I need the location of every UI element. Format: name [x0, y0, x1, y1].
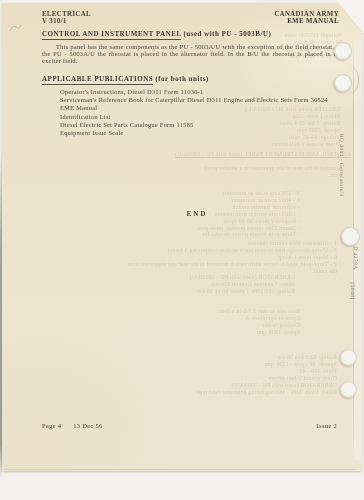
list-item: Operator's Instructions, Diesel D311 For…: [60, 89, 342, 96]
publications-list: Operator's Instructions, Diesel D311 For…: [60, 89, 342, 138]
panel-paragraph: This panel has the same components as th…: [42, 44, 342, 65]
header-doc-number: V 310/1: [42, 18, 91, 25]
section-title-control-panel: CONTROL AND INSTRUMENT PANEL (used with …: [42, 30, 271, 38]
list-item: EME Manual: [60, 105, 342, 112]
bleed-through-generator: GENERATOR (used with PU - 5003B/U)Make: …: [60, 275, 295, 296]
punch-hole: [334, 74, 352, 92]
folded-corner: [336, 0, 364, 34]
section-title-suffix: (used with PU - 5003B/U): [181, 30, 271, 38]
end-marker: END: [152, 210, 242, 218]
pencil-mark: [8, 21, 24, 35]
punch-hole: [340, 381, 357, 398]
paper-page: CANADIAN ARMYEME MANUAL Voltage: 115/230…: [2, 3, 362, 471]
publications-title-underlined: APPLICABLE PUBLICATIONS: [42, 75, 153, 85]
scanned-manual-page: { "header": { "left_line1": "ELECTRICAL"…: [0, 0, 364, 500]
bleed-through-panel-heading: CONTROL AND INSTRUMENT PANEL (used with …: [150, 152, 350, 159]
header-army: CANADIAN ARMY: [219, 11, 339, 18]
header-category: ELECTRICAL: [42, 11, 91, 18]
list-item: Equipment Issue Scale: [60, 130, 342, 137]
footer-left: Page 4 13 Dec 56: [42, 423, 103, 430]
bleed-through-mounted: mounted at the rear of the generator in …: [152, 166, 342, 180]
bleed-through-generator2: Rating: 62.5 kva 50 kwSpeeds: 50 cycle -…: [57, 355, 337, 396]
bottom-page-edge: [4, 469, 356, 470]
header-left: ELECTRICAL V 310/1: [42, 11, 91, 26]
margin-stamp-year: [5048]: [349, 271, 355, 311]
publications-title-suffix: (for both units): [153, 75, 209, 83]
list-item: Diesel Electric Set Parts Catalogue Form…: [60, 122, 342, 129]
list-item: Identification List: [60, 114, 342, 121]
bleed-through-engine: Bore and stroke: 3 7/8-in x 5-inCycle of…: [60, 309, 300, 337]
footer-date: 13 Dec 56: [73, 423, 102, 430]
header-manual: EME MANUAL: [219, 18, 339, 25]
footer-issue: Issue 2: [257, 423, 337, 430]
list-item: Serviceman's Reference Book for Caterpil…: [60, 97, 342, 104]
header-right: CANADIAN ARMY EME MANUAL: [219, 11, 339, 26]
section-title-underlined: CONTROL AND INSTRUMENT PANEL: [42, 30, 181, 40]
left-page-edge: [0, 150, 2, 478]
margin-stamp-generators: HQ 4001 - Generators/3: [338, 122, 344, 208]
punch-hole: [334, 42, 352, 60]
footer-page-number: Page 4: [42, 423, 61, 430]
bleed-through-items: 1 - Alternator field control rheostat3 -…: [57, 241, 337, 276]
punch-hole: [340, 349, 357, 366]
panel-paragraph-text: This panel has the same components as th…: [42, 44, 342, 65]
section-title-publications: APPLICABLE PUBLICATIONS (for both units): [42, 75, 209, 83]
